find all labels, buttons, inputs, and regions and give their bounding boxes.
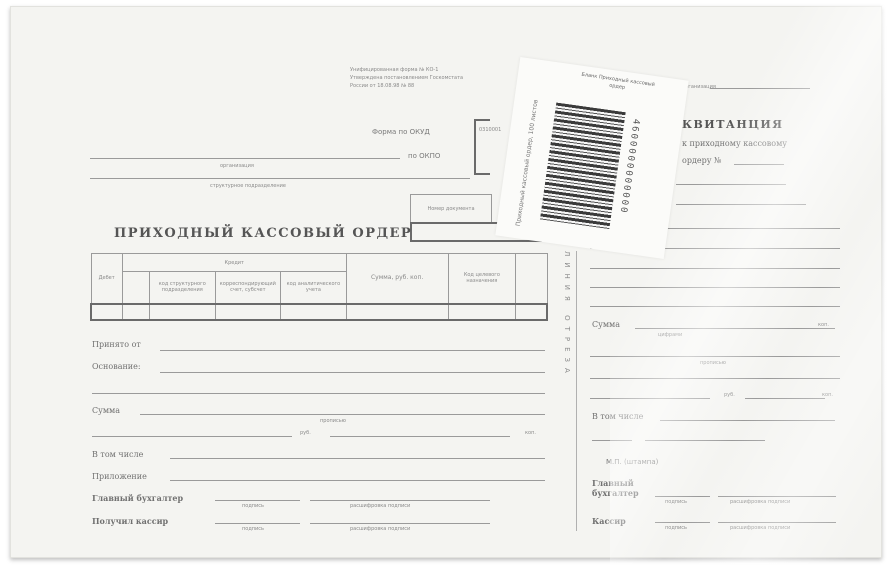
cell[interactable] <box>122 304 149 320</box>
basis-line[interactable] <box>160 372 545 373</box>
header-line: России от 18.08.98 № 88 <box>350 82 463 90</box>
form-pack: Унифицированная форма № КО-1 Утверждена … <box>10 6 882 558</box>
received-from-line[interactable] <box>160 350 545 351</box>
receipt-line[interactable] <box>676 204 806 205</box>
amount-caption: прописью <box>320 418 346 424</box>
receipt-rub: руб. <box>724 392 735 398</box>
receipt-amount-line[interactable] <box>635 328 835 329</box>
cell[interactable] <box>281 304 347 320</box>
receipt-line[interactable] <box>590 287 840 288</box>
amount-line-2[interactable] <box>92 436 292 437</box>
amount-line[interactable] <box>140 414 545 415</box>
attachment-line[interactable] <box>170 480 545 481</box>
decoding-caption: расшифровка подписи <box>350 526 410 532</box>
receipt-amount-label: Сумма <box>592 320 620 329</box>
barcode-icon <box>540 103 626 230</box>
credit-header: Кредит <box>122 254 346 272</box>
credit-subheader: код структурного подразделения <box>150 272 216 304</box>
cell[interactable] <box>215 304 281 320</box>
cell[interactable] <box>346 304 448 320</box>
decoding-caption: расшифровка подписи <box>730 525 790 531</box>
form-header: Унифицированная форма № КО-1 Утверждена … <box>350 66 463 90</box>
receipt-order-no: ордеру № <box>682 156 722 165</box>
chief-decoding-line[interactable] <box>310 500 490 501</box>
table-row <box>91 304 547 320</box>
decoding-caption: расшифровка подписи <box>350 503 410 509</box>
sticker-header: Бланк Приходный кассовый ордер <box>577 71 658 96</box>
stamp-label: М.П. (штампа) <box>606 458 658 466</box>
cell[interactable] <box>91 304 122 320</box>
amount-label: Сумма <box>92 406 120 415</box>
including-line[interactable] <box>170 458 545 459</box>
amount-header: Сумма, руб. коп. <box>346 254 448 304</box>
receipt-kop: коп. <box>822 392 833 398</box>
blank-header <box>516 254 547 304</box>
decoding-caption: расшифровка подписи <box>730 499 790 505</box>
basis-line-2[interactable] <box>92 393 545 394</box>
receipt-including-label: В том числе <box>592 412 643 421</box>
signature-caption: подпись <box>665 525 687 531</box>
receipt-line[interactable] <box>590 306 840 307</box>
receipt-line[interactable] <box>590 356 840 357</box>
rub-label: руб. <box>300 430 311 436</box>
kop-line[interactable] <box>330 436 510 437</box>
basis-label: Основание: <box>92 362 141 371</box>
doc-number-label: Номер документа <box>426 206 476 212</box>
received-from-label: Принято от <box>92 340 141 349</box>
attachment-label: Приложение <box>92 472 147 481</box>
receipt-kop: коп. <box>818 322 829 328</box>
receipt-words-caption: прописью <box>700 360 726 366</box>
credit-blank <box>122 272 149 304</box>
receipt-line[interactable] <box>590 398 710 399</box>
cut-line <box>576 251 577 531</box>
org-line <box>90 158 400 159</box>
header-line: Унифицированная форма № КО-1 <box>350 66 463 74</box>
receipt-order-no-line[interactable] <box>734 164 784 165</box>
unit-caption: структурное подразделение <box>210 183 286 189</box>
receipt-line[interactable] <box>590 268 840 269</box>
receipt-subtitle: к приходному кассовому <box>682 139 787 148</box>
receipt-date-line[interactable] <box>645 440 765 441</box>
chief-signature-line[interactable] <box>215 500 300 501</box>
credit-subheader: код аналитического учета <box>281 272 347 304</box>
sticker-side-text: Приходный кассовый ордер, 100 листов <box>515 99 541 227</box>
codes-box: 0310001 <box>474 119 490 175</box>
cut-line-label: ЛИНИЯ ОТРЕЗА <box>561 251 571 431</box>
unit-line <box>90 178 470 179</box>
credit-subheader: корреспондирующий счет, субсчет <box>215 272 281 304</box>
receipt-line[interactable] <box>676 184 786 185</box>
debit-header: Дебет <box>91 254 122 304</box>
purpose-code-header: Код целевого назначения <box>448 254 516 304</box>
receipt-org-line[interactable] <box>710 88 810 89</box>
receipt-chief-decoding[interactable] <box>718 496 836 497</box>
receipt-date-line[interactable] <box>592 440 632 441</box>
cashier-decoding-line[interactable] <box>310 523 490 524</box>
accounts-table: Дебет Кредит Сумма, руб. коп. Код целево… <box>90 253 548 321</box>
chief-accountant-label: Главный бухгалтер <box>92 493 183 503</box>
header-line: Утверждена постановлением Госкомстата <box>350 74 463 82</box>
kop-label: коп. <box>525 430 536 436</box>
cell[interactable] <box>150 304 216 320</box>
cashier-signature-line[interactable] <box>215 523 300 524</box>
receipt-cashier-decoding[interactable] <box>718 522 836 523</box>
receipt-title: КВИТАНЦИЯ <box>682 118 783 131</box>
barcode-sticker: Бланк Приходный кассовый ордер Приходный… <box>495 57 688 259</box>
doc-number-header: Номер документа <box>410 194 492 224</box>
okud-label: Форма по ОКУД <box>372 128 430 136</box>
okpo-label: по ОКПО <box>408 152 440 160</box>
signature-caption: подпись <box>242 503 264 509</box>
receipt-chief-signature[interactable] <box>655 496 710 497</box>
signature-caption: подпись <box>665 499 687 505</box>
receipt-cashier-label: Кассир <box>592 516 626 526</box>
signature-caption: подпись <box>242 526 264 532</box>
receipt-line[interactable] <box>745 398 825 399</box>
receipt-line[interactable] <box>590 378 840 379</box>
cell[interactable] <box>448 304 516 320</box>
receipt-cashier-signature[interactable] <box>655 522 710 523</box>
receipt-digits-caption: цифрами <box>658 332 682 338</box>
including-label: В том числе <box>92 450 143 459</box>
org-caption: организация <box>220 163 254 169</box>
receipt-including-line[interactable] <box>660 420 835 421</box>
receipt-chief-label: Главный бухгалтер <box>592 478 652 498</box>
cashier-label: Получил кассир <box>92 516 168 526</box>
okud-code: 0310001 <box>479 127 490 133</box>
cell[interactable] <box>516 304 547 320</box>
page-title: ПРИХОДНЫЙ КАССОВЫЙ ОРДЕР <box>114 226 412 241</box>
